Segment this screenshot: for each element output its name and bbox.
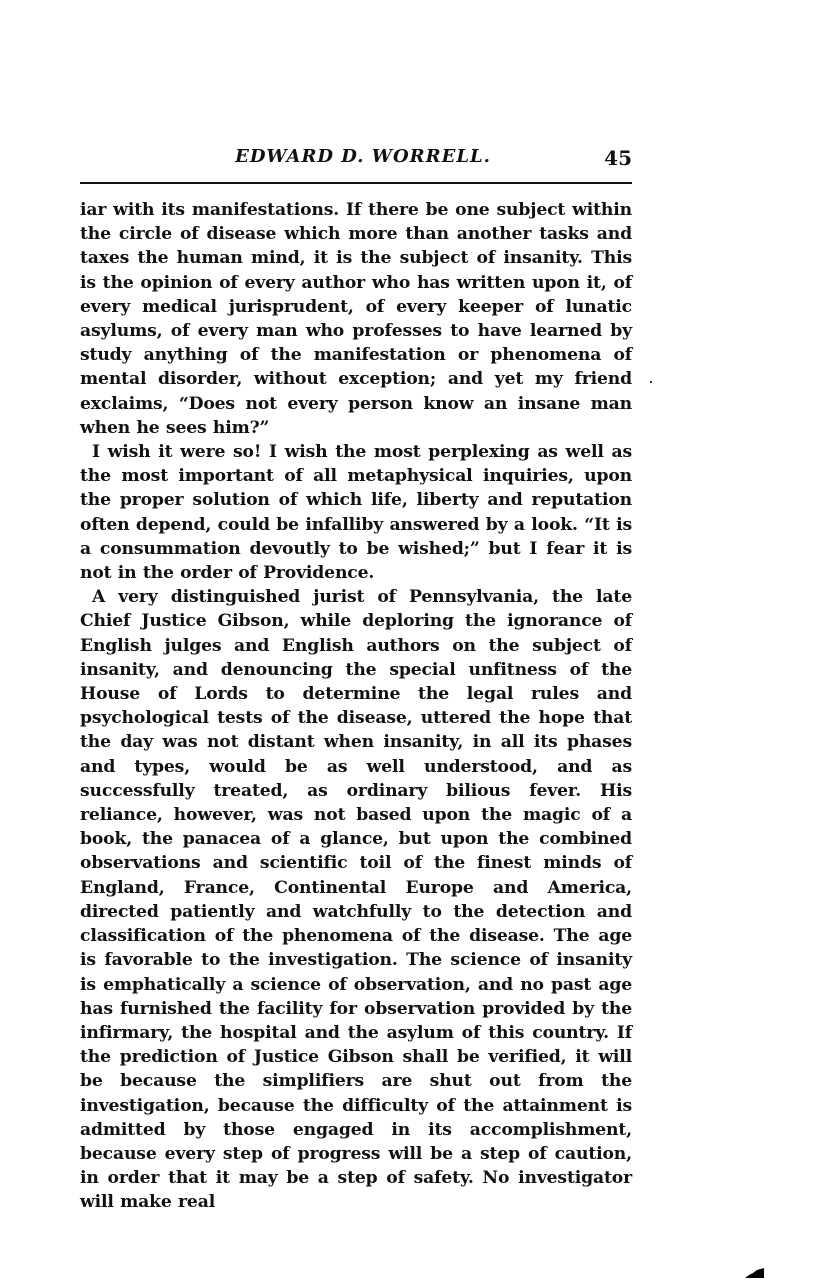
scan-speck-bottom <box>406 1148 408 1150</box>
scan-corner-mark <box>745 1266 765 1278</box>
paragraph-3: A very distinguished jurist of Pennsylva… <box>80 585 632 1214</box>
running-head: EDWARD D. WORRELL. 45 <box>80 146 632 180</box>
paragraph-1: iar with its manifestations. If there be… <box>80 198 632 440</box>
body-text: iar with its manifestations. If there be… <box>80 198 632 1215</box>
scan-speck <box>650 381 652 383</box>
book-page: EDWARD D. WORRELL. 45 iar with its manif… <box>80 146 632 1215</box>
header-rule <box>80 182 632 184</box>
page-number: 45 <box>604 146 632 170</box>
running-title: EDWARD D. WORRELL. <box>80 146 632 167</box>
paragraph-2: I wish it were so! I wish the most perpl… <box>80 440 632 585</box>
